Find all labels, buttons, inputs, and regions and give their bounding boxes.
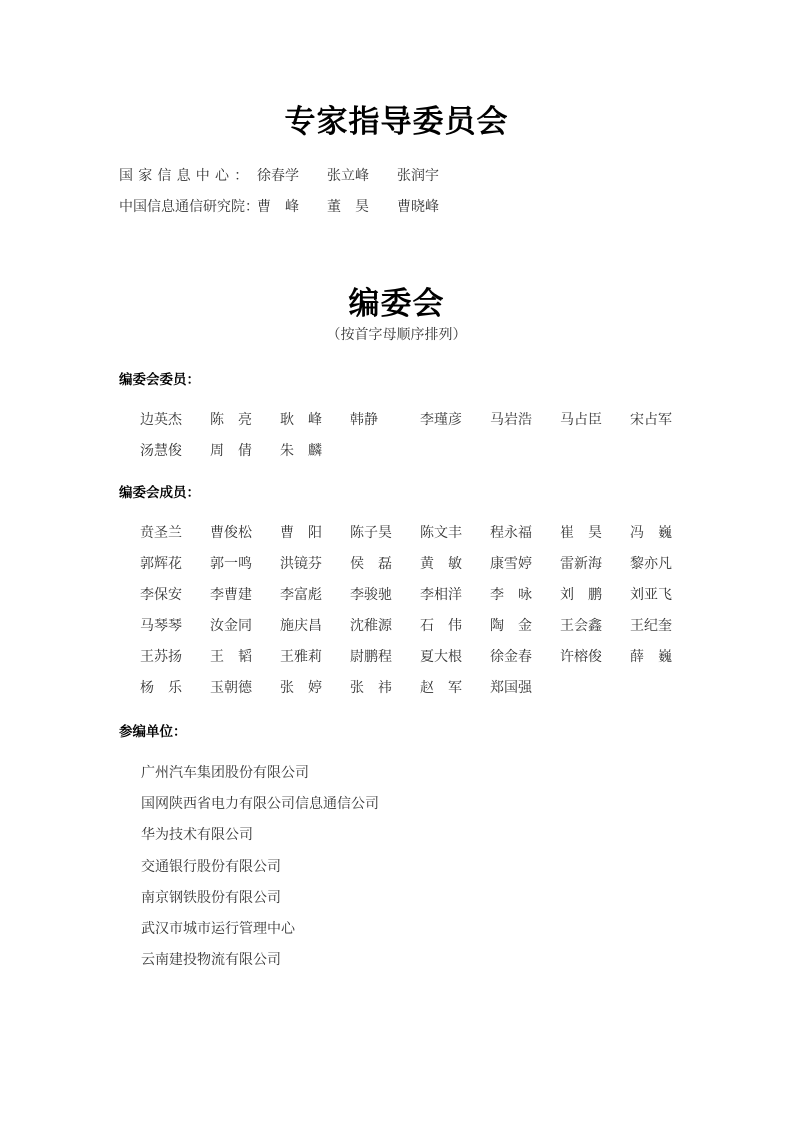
committee-members-grid: 边英杰陈 亮耿 峰韩静李瑾彦马岩浩马占臣宋占军 汤慧俊周 倩朱 麟 [140,409,700,471]
member-name: 王会鑫 [560,615,630,635]
ordering-note: （按首字母顺序排列） [0,324,793,344]
member-name: 马岩浩 [490,409,560,429]
member-name: 冯 巍 [630,522,700,542]
name-row: 李保安李曹建李富彪李骏驰李相洋李 咏刘 鹏刘亚飞 [140,584,700,615]
name-row: 杨 乐玉朝德张 婷张 祎赵 军郑国强 [140,677,700,708]
name-row: 王苏扬王 韬王雅莉尉鹏程夏大根徐金春许榕俊薛 巍 [140,646,700,677]
name-row: 郭辉花郭一鸣洪镜芬侯 磊黄 敏康雪婷雷新海黎亦凡 [140,553,700,584]
organization-item: 广州汽车集团股份有限公司 [141,762,379,793]
member-name: 侯 磊 [350,553,420,573]
member-name: 李瑾彦 [420,409,490,429]
member-name: 夏大根 [420,646,490,666]
member-name: 玉朝德 [210,677,280,697]
member-name: 刘 鹏 [560,584,630,604]
member-name: 李富彪 [280,584,350,604]
member-name: 康雪婷 [490,553,560,573]
member-name: 沈稚源 [350,615,420,635]
name-row: 汤慧俊周 倩朱 麟 [140,440,700,471]
name-row: 贲圣兰曹俊松曹 阳陈子昊陈文丰程永福崔 昊冯 巍 [140,522,700,553]
member-name: 陶 金 [490,615,560,635]
member-name: 陈 亮 [210,409,280,429]
expert-row-ndic: 国家信息中心：徐春学张立峰张润宇 [119,165,467,185]
member-name: 王纪奎 [630,615,700,635]
organization-item: 云南建投物流有限公司 [141,949,379,980]
member-name: 许榕俊 [560,646,630,666]
member-name: 雷新海 [560,553,630,573]
name-row: 边英杰陈 亮耿 峰韩静李瑾彦马岩浩马占臣宋占军 [140,409,700,440]
organization-item: 华为技术有限公司 [141,824,379,855]
member-name: 薛 巍 [630,646,700,666]
member-name: 汝金同 [210,615,280,635]
members-label: 编委会成员： [119,481,200,501]
member-name: 黎亦凡 [630,553,700,573]
member-name: 边英杰 [140,409,210,429]
expert-name: 曹 峰 [257,196,327,216]
member-name: 王 韬 [210,646,280,666]
member-name: 汤慧俊 [140,440,210,460]
member-name: 陈文丰 [420,522,490,542]
member-name: 黄 敏 [420,553,490,573]
organization-item: 武汉市城市运行管理中心 [141,918,379,949]
expert-name: 徐春学 [257,165,327,185]
member-name: 曹俊松 [210,522,280,542]
member-name: 张 婷 [280,677,350,697]
member-name: 徐金春 [490,646,560,666]
expert-name: 曹晓峰 [397,196,467,216]
expert-org-label: 国家信息中心： [119,165,257,185]
member-name: 施庆昌 [280,615,350,635]
member-name: 赵 军 [420,677,490,697]
member-name: 韩静 [350,409,420,429]
member-name: 杨 乐 [140,677,210,697]
member-name: 李相洋 [420,584,490,604]
member-name: 张 祎 [350,677,420,697]
member-name: 崔 昊 [560,522,630,542]
organization-item: 南京钢铁股份有限公司 [141,887,379,918]
participating-units-label: 参编单位： [119,720,187,740]
member-name: 石 伟 [420,615,490,635]
member-name: 李曹建 [210,584,280,604]
editorial-board-title: 编委会 [0,278,793,323]
expert-row-caict: 中国信息通信研究院：曹 峰董 昊曹晓峰 [119,196,467,216]
expert-name: 董 昊 [327,196,397,216]
member-name: 李保安 [140,584,210,604]
members-grid: 贲圣兰曹俊松曹 阳陈子昊陈文丰程永福崔 昊冯 巍 郭辉花郭一鸣洪镜芬侯 磊黄 敏… [140,522,700,708]
organization-item: 国网陕西省电力有限公司信息通信公司 [141,793,379,824]
member-name: 王雅莉 [280,646,350,666]
member-name: 郑国强 [490,677,560,697]
member-name: 耿 峰 [280,409,350,429]
expert-name: 张润宇 [397,165,467,185]
expert-name: 张立峰 [327,165,397,185]
member-name: 王苏扬 [140,646,210,666]
name-row: 马琴琴汝金同施庆昌沈稚源石 伟陶 金王会鑫王纪奎 [140,615,700,646]
member-name: 马琴琴 [140,615,210,635]
member-name: 贲圣兰 [140,522,210,542]
member-name: 陈子昊 [350,522,420,542]
member-name: 李 咏 [490,584,560,604]
member-name: 李骏驰 [350,584,420,604]
organization-item: 交通银行股份有限公司 [141,856,379,887]
member-name: 郭一鸣 [210,553,280,573]
member-name: 周 倩 [210,440,280,460]
member-name: 尉鹏程 [350,646,420,666]
member-name: 马占臣 [560,409,630,429]
participating-units-list: 广州汽车集团股份有限公司 国网陕西省电力有限公司信息通信公司 华为技术有限公司 … [141,762,379,980]
committee-members-label: 编委会委员： [119,368,200,388]
member-name: 郭辉花 [140,553,210,573]
member-name: 朱 麟 [280,440,350,460]
member-name: 程永福 [490,522,560,542]
member-name: 刘亚飞 [630,584,700,604]
member-name: 曹 阳 [280,522,350,542]
expert-committee-title: 专家指导委员会 [0,96,793,141]
member-name: 洪镜芬 [280,553,350,573]
expert-org-label: 中国信息通信研究院： [119,196,257,216]
member-name: 宋占军 [630,409,700,429]
